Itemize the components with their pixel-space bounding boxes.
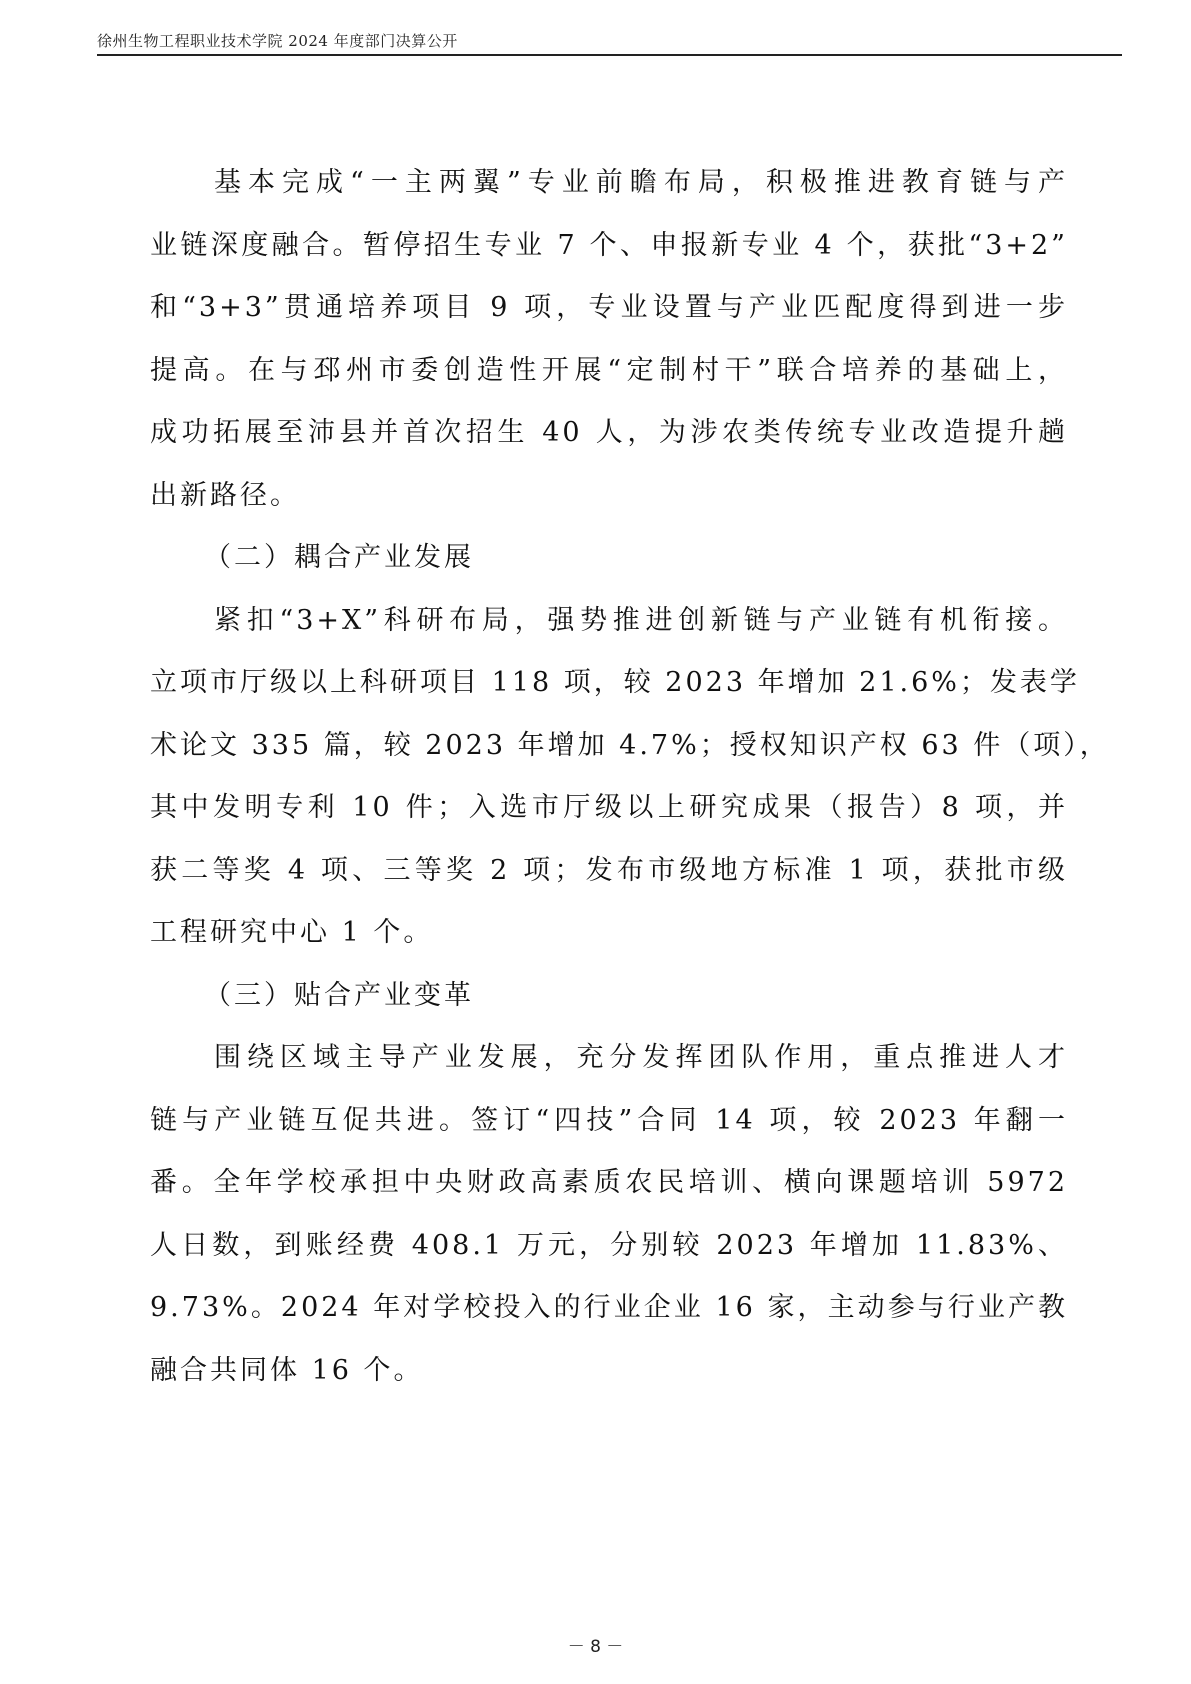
text-line: 基本完成“一主两翼”专业前瞻布局，积极推进教育链与产 <box>150 152 1068 215</box>
text-line: 业链深度融合。暂停招生专业 7 个、申报新专业 4 个，获批“3+2” <box>150 215 1068 278</box>
section-heading-industry-coupling: （二）耦合产业发展 <box>150 527 1068 590</box>
section-heading-industry-transformation: （三）贴合产业变革 <box>150 965 1068 1028</box>
text-line: 融合共同体 16 个。 <box>150 1340 1068 1403</box>
text-line: 立项市厅级以上科研项目 118 项，较 2023 年增加 21.6%；发表学 <box>150 652 1068 715</box>
text-line: 提高。在与邳州市委创造性开展“定制村干”联合培养的基础上， <box>150 340 1068 403</box>
header-title: 徐州生物工程职业技术学院 2024 年度部门决算公开 <box>97 30 458 51</box>
text-line: 紧扣“3+X”科研布局，强势推进创新链与产业链有机衔接。 <box>150 590 1068 653</box>
text-line: 获二等奖 4 项、三等奖 2 项；发布市级地方标准 1 项，获批市级 <box>150 840 1068 903</box>
text-line: 链与产业链互促共进。签订“四技”合同 14 项，较 2023 年翻一 <box>150 1090 1068 1153</box>
text-line: 番。全年学校承担中央财政高素质农民培训、横向课题培训 5972 <box>150 1152 1068 1215</box>
text-line: 成功拓展至沛县并首次招生 40 人，为涉农类传统专业改造提升趟 <box>150 402 1068 465</box>
text-line: 其中发明专利 10 件；入选市厅级以上研究成果（报告）8 项，并 <box>150 777 1068 840</box>
text-line: 出新路径。 <box>150 465 1068 528</box>
paragraph-talent-chain: 围绕区域主导产业发展，充分发挥团队作用，重点推进人才 链与产业链互促共进。签订“… <box>150 1027 1068 1402</box>
text-line: 和“3+3”贯通培养项目 9 项，专业设置与产业匹配度得到进一步 <box>150 277 1068 340</box>
paragraph-curriculum-layout: 基本完成“一主两翼”专业前瞻布局，积极推进教育链与产 业链深度融合。暂停招生专业… <box>150 152 1068 527</box>
page-header: 徐州生物工程职业技术学院 2024 年度部门决算公开 <box>97 28 1122 56</box>
text-line: 术论文 335 篇，较 2023 年增加 4.7%；授权知识产权 63 件（项）… <box>150 715 1068 778</box>
page-number: － 8 － <box>0 1632 1191 1657</box>
paragraph-research-layout: 紧扣“3+X”科研布局，强势推进创新链与产业链有机衔接。 立项市厅级以上科研项目… <box>150 590 1068 965</box>
text-line: 9.73%。2024 年对学校投入的行业企业 16 家，主动参与行业产教 <box>150 1277 1068 1340</box>
text-line: 围绕区域主导产业发展，充分发挥团队作用，重点推进人才 <box>150 1027 1068 1090</box>
document-body: 基本完成“一主两翼”专业前瞻布局，积极推进教育链与产 业链深度融合。暂停招生专业… <box>150 152 1068 1402</box>
text-line: 工程研究中心 1 个。 <box>150 902 1068 965</box>
text-line: 人日数，到账经费 408.1 万元，分别较 2023 年增加 11.83%、 <box>150 1215 1068 1278</box>
